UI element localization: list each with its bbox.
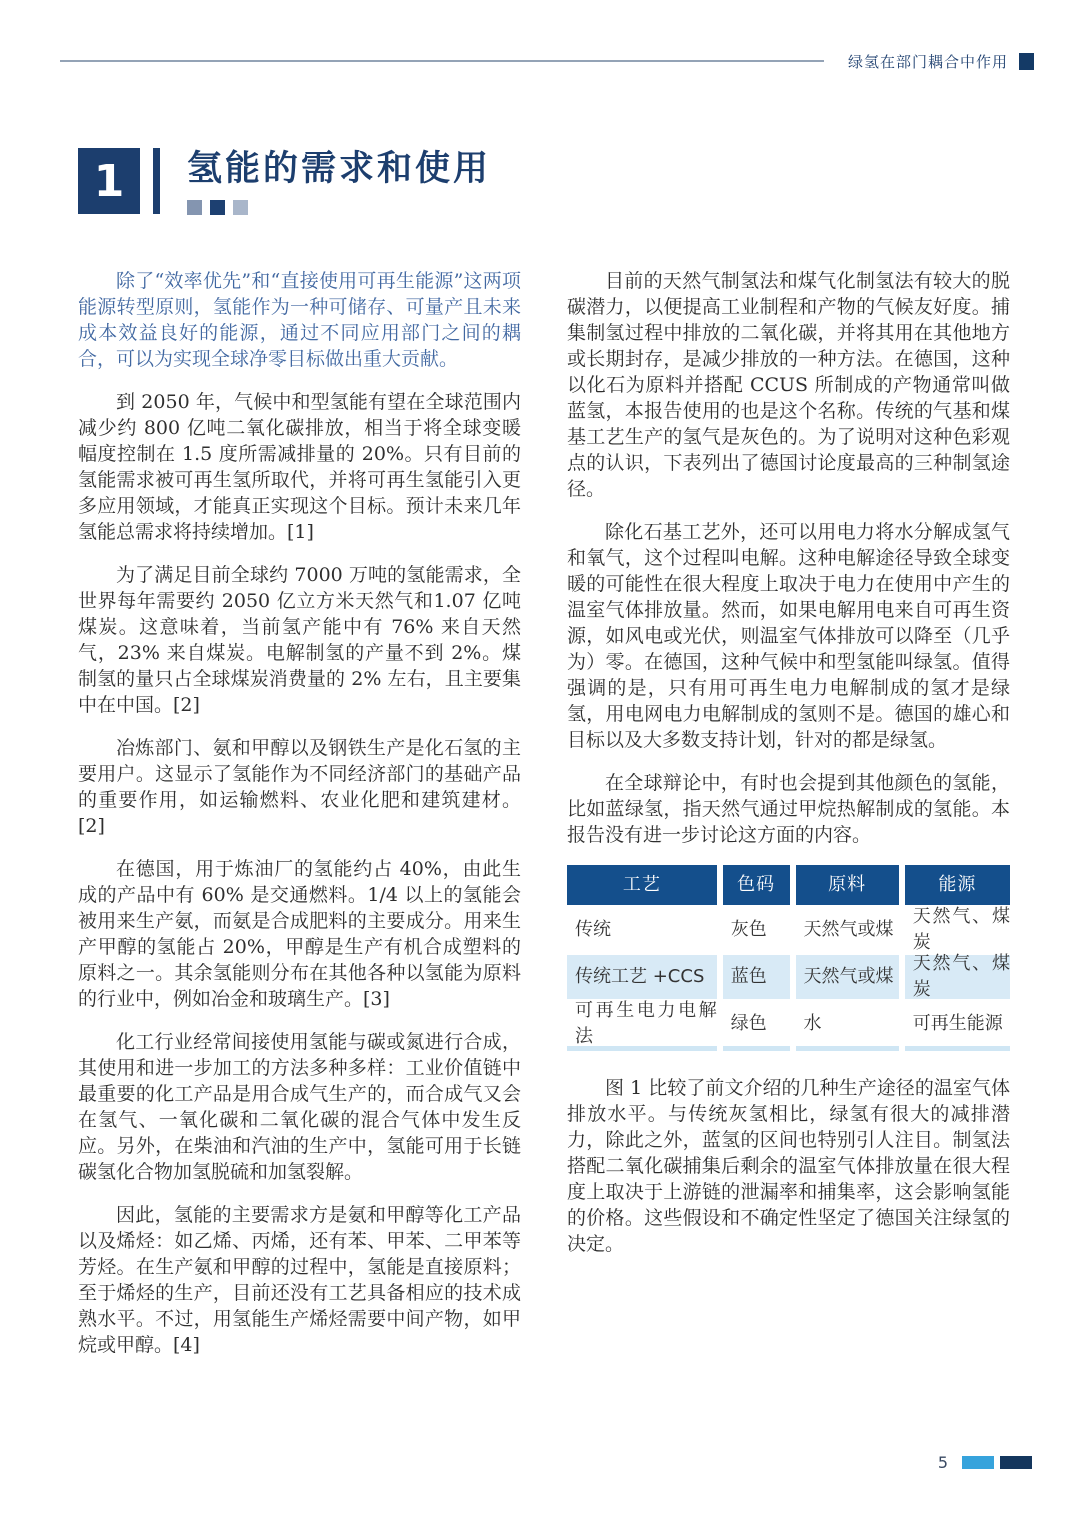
running-header-title: 绿氢在部门耦合中作用 [848,51,1008,72]
paragraph-left-6: 化工行业经常间接使用氢能与碳或氮进行合成，其使用和进一步加工的方法多种多样：工业… [78,1029,521,1185]
running-header: 绿氢在部门耦合中作用 [60,50,1034,72]
page-footer: 5 [938,1453,1032,1472]
section-number: 1 [94,156,125,207]
table-cell: 水 [796,1002,899,1051]
paragraph-left-7: 因此，氢能的主要需求方是氨和甲醇等化工产品以及烯烃：如乙烯、丙烯，还有苯、甲苯、… [78,1202,521,1358]
paragraph-left-1: 除了“效率优先”和“直接使用可再生能源”这两项能源转型原则，氢能作为一种可储存、… [78,268,521,372]
paragraph-right-2: 除化石基工艺外，还可以用电力将水分解成氢气和氧气，这个过程叫电解。这种电解途径导… [567,519,1010,753]
table-cell: 天然气或煤 [796,908,899,952]
table-cell: 灰色 [723,908,790,952]
header-square-decoration [1019,53,1034,70]
decorative-square-2 [210,200,225,215]
section-title-block: 1 氢能的需求和使用 [78,148,491,215]
section-number-box: 1 [78,148,140,214]
decorative-square-3 [233,200,248,215]
table-header-process: 工艺 [567,865,717,905]
paragraph-left-5: 在德国，用于炼油厂的氢能约占 40%，由此生成的产品中有 60% 是交通燃料。1… [78,856,521,1012]
title-decoration-squares [187,200,491,215]
section-title-wrap: 氢能的需求和使用 [187,148,491,215]
footer-square-dark [1000,1456,1032,1469]
table-header-color-code: 色码 [723,865,790,905]
header-rule [60,60,824,62]
table-header-feedstock: 原料 [796,865,899,905]
body-columns: 除了“效率优先”和“直接使用可再生能源”这两项能源转型原则，氢能作为一种可储存、… [78,268,1010,1375]
table-cell: 天然气或煤 [796,955,899,999]
table-cell: 天然气、煤炭 [905,908,1010,952]
table-cell: 蓝色 [723,955,790,999]
paragraph-left-2: 到 2050 年，气候中和型氢能有望在全球范围内减少约 800 亿吨二氧化碳排放… [78,389,521,545]
table-cell: 绿色 [723,1002,790,1051]
table-header-energy: 能源 [905,865,1010,905]
table-cell: 传统工艺 +CCS [567,955,717,999]
table-cell: 天然气、煤炭 [905,955,1010,999]
paragraph-left-4: 冶炼部门、氨和甲醇以及钢铁生产是化石氢的主要用户。这显示了氢能作为不同经济部门的… [78,735,521,839]
table-cell: 可再生能源 [905,1002,1010,1051]
paragraph-right-1: 目前的天然气制氢法和煤气化制氢法有较大的脱碳潜力，以便提高工业制程和产物的气候友… [567,268,1010,502]
left-column: 除了“效率优先”和“直接使用可再生能源”这两项能源转型原则，氢能作为一种可储存、… [78,268,521,1375]
table-cell: 可再生电力电解法 [567,1002,717,1051]
table-cell: 传统 [567,908,717,952]
right-column: 目前的天然气制氢法和煤气化制氢法有较大的脱碳潜力，以便提高工业制程和产物的气候友… [567,268,1010,1375]
section-title-bar [153,148,160,214]
paragraph-left-3: 为了满足目前全球约 7000 万吨的氢能需求，全世界每年需要约 2050 亿立方… [78,562,521,718]
page-number: 5 [938,1453,948,1472]
page-title: 氢能的需求和使用 [187,148,491,190]
decorative-square-1 [187,200,202,215]
paragraph-right-3: 在全球辩论中，有时也会提到其他颜色的氢能，比如蓝绿氢，指天然气通过甲烷热解制成的… [567,770,1010,848]
footer-square-light [962,1456,994,1469]
paragraph-right-4: 图 1 比较了前文介绍的几种生产途径的温室气体排放水平。与传统灰氢相比，绿氢有很… [567,1075,1010,1257]
hydrogen-routes-table: 工艺 色码 原料 能源 传统 灰色 天然气或煤 天然气、煤炭 传统工艺 +CCS… [567,865,1010,1051]
